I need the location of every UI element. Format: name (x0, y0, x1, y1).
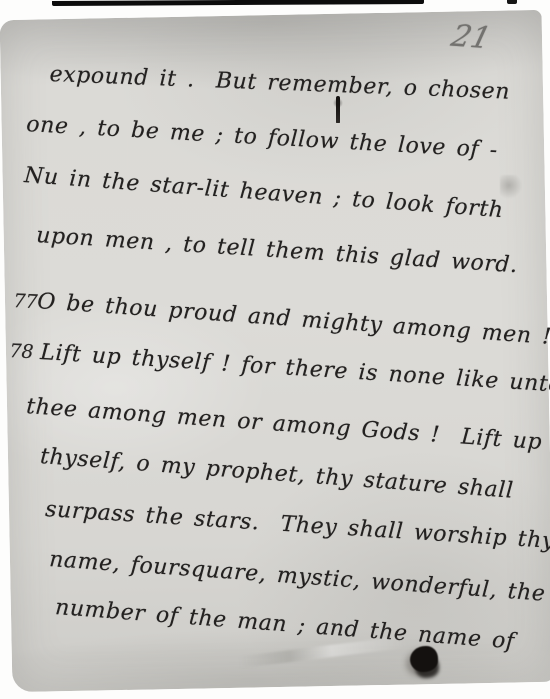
manuscript-line-2: one , to be me ; to follow the love of - (26, 114, 499, 162)
manuscript-line-5: O be thou proud and mighty among men ! (36, 291, 550, 349)
manuscript-line-10: name, foursquare, mystic, wonderful, the (48, 549, 546, 606)
manuscript-line-4: upon men , to tell them this glad word. (36, 225, 519, 277)
manuscript-line-8: thyself, o my prophet, thy stature shall (39, 446, 514, 503)
manuscript-scan: 21 expound it . But remember, o chosen o… (0, 0, 550, 699)
manuscript-line-9: surpass the stars. They shall worship th… (45, 499, 550, 553)
manuscript-line-6: Lift up thyself ! for there is none like… (40, 342, 550, 397)
verse-number-77: 77 (13, 290, 38, 313)
vertical-ink-stroke (336, 96, 340, 123)
ink-blot (410, 646, 438, 672)
manuscript-line-11: number of the man ; and the name of (54, 597, 515, 653)
manuscript-line-3: Nu in the star-lit heaven ; to look fort… (23, 165, 504, 222)
page-number-pencil: 21 (448, 19, 495, 56)
handwriting-layer: 21 expound it . But remember, o chosen o… (0, 0, 550, 699)
verse-number-78: 78 (9, 340, 34, 363)
paper-smudge (500, 175, 522, 201)
manuscript-line-1: expound it . But remember, o chosen (49, 64, 510, 104)
manuscript-line-7: thee among men or among Gods ! Lift up (25, 396, 542, 454)
paper-crease (238, 636, 408, 669)
